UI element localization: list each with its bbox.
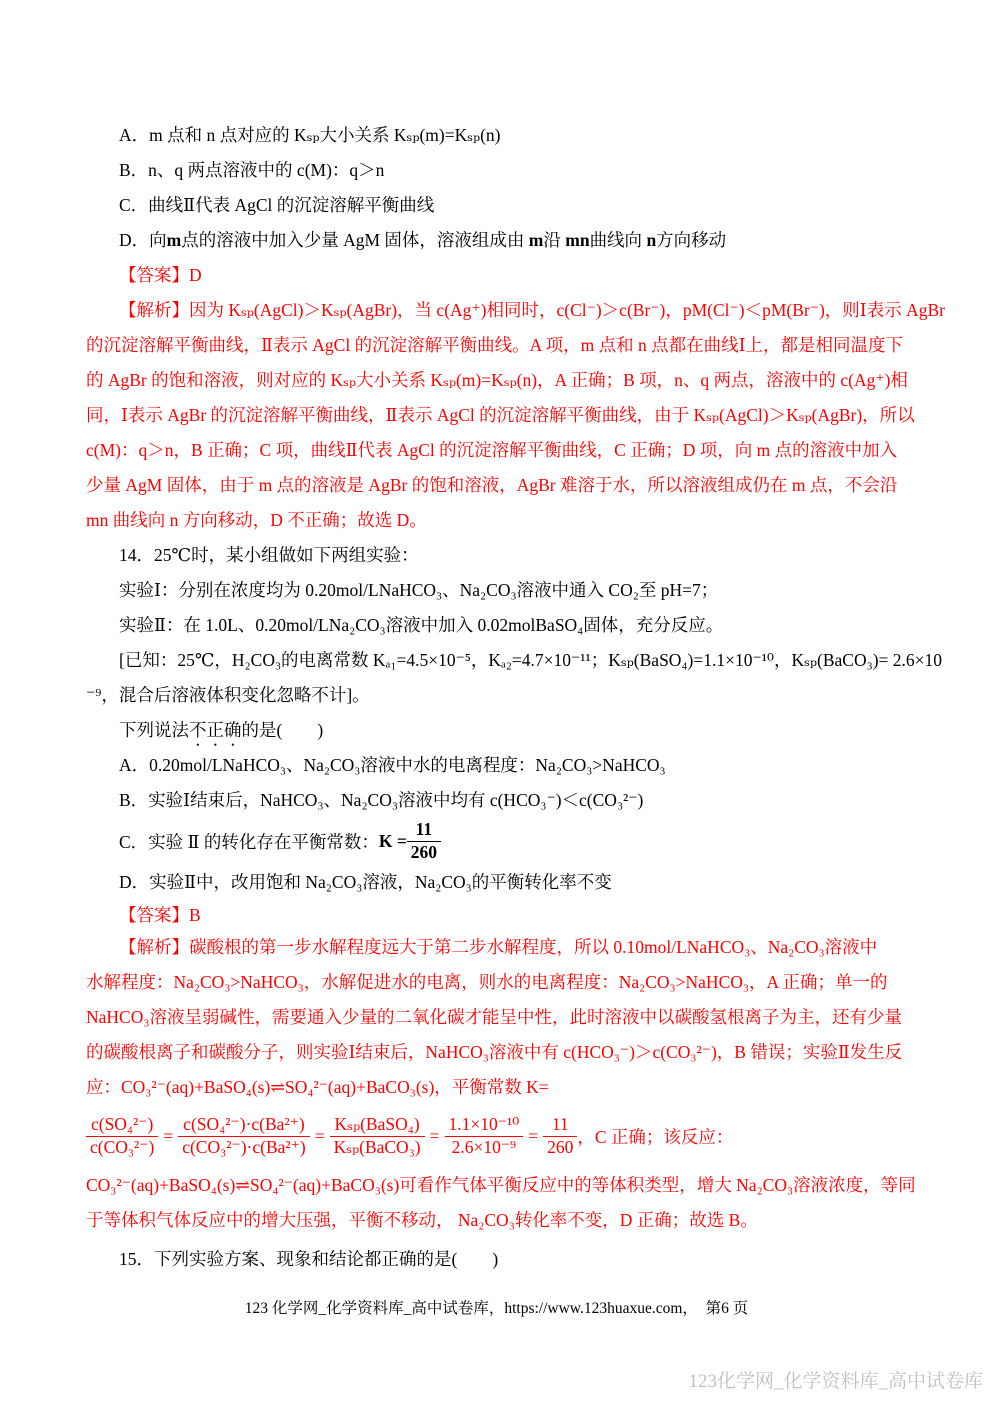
q14-question-line: 下列说法不正确的是( ) bbox=[86, 713, 908, 748]
fraction-denominator: 260 bbox=[543, 1137, 577, 1159]
q14-solution-line: 水解程度：Na₂CO₃>NaHCO₃，水解促进水的电离，则水的电离程度：Na₂C… bbox=[86, 965, 908, 1000]
q14-solution-line: 于等体积气体反应中的增大压强，平衡不移动， Na₂CO₃转化率不变，D 正确；故… bbox=[86, 1203, 908, 1238]
q14-known-data-line: [已知：25℃，H₂CO₃的电离常数 Kₐ₁=4.5×10⁻⁵，Kₐ₂=4.7×… bbox=[86, 643, 908, 678]
fraction-numerator: Kₛₚ(BaSO₄) bbox=[330, 1114, 425, 1137]
q14-experiment-1: 实验Ⅰ：分别在浓度均为 0.20mol/LNaHCO₃、Na₂CO₃溶液中通入 … bbox=[86, 573, 908, 608]
q13-option-a: A．m 点和 n 点对应的 Kₛₚ大小关系 Kₛₚ(m)=Kₛₚ(n) bbox=[86, 118, 908, 153]
fraction-denominator: c(CO₃²⁻)·c(Ba²⁺) bbox=[178, 1137, 310, 1159]
q14-option-b: B．实验Ⅰ结束后，NaHCO₃、Na₂CO₃溶液中均有 c(HCO₃⁻)＜c(C… bbox=[86, 783, 908, 818]
q13-option-d-bold-m2: m bbox=[529, 230, 544, 250]
equation-fraction-3: Kₛₚ(BaSO₄)Kₛₚ(BaCO₃) bbox=[330, 1114, 425, 1159]
fraction-numerator: c(SO₄²⁻)·c(Ba²⁺) bbox=[178, 1114, 310, 1137]
fraction-numerator: 11 bbox=[407, 819, 441, 842]
fraction-numerator: c(SO₄²⁻) bbox=[86, 1114, 158, 1137]
fraction-numerator: 11 bbox=[543, 1114, 577, 1137]
q14-option-d: D．实验Ⅱ中，改用饱和 Na₂CO₃溶液，Na₂CO₃的平衡转化率不变 bbox=[86, 865, 908, 900]
fraction-numerator: 1.1×10⁻¹⁰ bbox=[445, 1114, 524, 1137]
equals-sign: = bbox=[425, 1126, 445, 1147]
q14-experiment-2: 实验Ⅱ：在 1.0L、0.20mol/LNa₂CO₃溶液中加入 0.02molB… bbox=[86, 608, 908, 643]
q15-stem: 15．下列实验方案、现象和结论都正确的是( ) bbox=[86, 1242, 908, 1277]
q13-answer: 【答案】D bbox=[86, 258, 908, 293]
q13-option-d-text: 方向移动 bbox=[656, 230, 726, 250]
q14-question-post: 的是( ) bbox=[242, 720, 324, 740]
q13-option-d-bold-m1: m bbox=[167, 230, 182, 250]
q13-option-d: D．向m点的溶液中加入少量 AgM 固体，溶液组成由 m沿 mn曲线向 n方向移… bbox=[86, 223, 908, 258]
exam-document-page: A．m 点和 n 点对应的 Kₛₚ大小关系 Kₛₚ(m)=Kₛₚ(n) B．n、… bbox=[0, 0, 993, 1404]
q14-option-c: C．实验 Ⅱ 的转化存在平衡常数： K = 11260 bbox=[86, 818, 908, 865]
q13-option-b: B．n、q 两点溶液中的 c(M)：q＞n bbox=[86, 153, 908, 188]
fraction-denominator: c(CO₃²⁻) bbox=[86, 1137, 158, 1159]
q13-solution-line: c(M)：q＞n，B 正确；C 项，曲线Ⅱ代表 AgCl 的沉淀溶解平衡曲线，C… bbox=[86, 433, 908, 468]
q14-equilibrium-equation: c(SO₄²⁻)c(CO₃²⁻) = c(SO₄²⁻)·c(Ba²⁺)c(CO₃… bbox=[86, 1105, 908, 1168]
q14-option-c-text: C．实验 Ⅱ 的转化存在平衡常数： bbox=[119, 829, 379, 854]
q13-option-d-text: 点的溶液中加入少量 AgM 固体，溶液组成由 bbox=[181, 230, 529, 250]
q14-solution-line: NaHCO₃溶液呈弱碱性，需要通入少量的二氧化碳才能呈中性，此时溶液中以碳酸氢根… bbox=[86, 1000, 908, 1035]
equation-tail-text: ，C 正确；该反应： bbox=[577, 1124, 733, 1149]
q13-solution-line: 【解析】因为 Kₛₚ(AgCl)＞Kₛₚ(AgBr)，当 c(Ag⁺)相同时，c… bbox=[86, 293, 908, 328]
page-footer: 123 化学网_化学资料库_高中试卷库，https://www.123huaxu… bbox=[0, 1296, 993, 1318]
q14-stem: 14．25℃时，某小组做如下两组实验： bbox=[86, 538, 908, 573]
q14-solution-line: 应：CO₃²⁻(aq)+BaSO₄(s)⇌SO₄²⁻(aq)+BaCO₃(s)，… bbox=[86, 1070, 908, 1105]
equals-sign: = bbox=[523, 1126, 543, 1147]
q14-solution-line: 【解析】碳酸根的第一步水解程度远大于第二步水解程度，所以 0.10mol/LNa… bbox=[86, 930, 908, 965]
fraction-denominator: Kₛₚ(BaCO₃) bbox=[330, 1137, 425, 1159]
equation-fraction-5: 11260 bbox=[543, 1114, 577, 1159]
site-watermark: 123化学网_化学资料库_高中试卷库 bbox=[688, 1366, 983, 1393]
q14-option-c-k-label: K = bbox=[379, 831, 407, 852]
q13-option-d-bold-n: n bbox=[646, 230, 656, 250]
q13-option-c: C．曲线Ⅱ代表 AgCl 的沉淀溶解平衡曲线 bbox=[86, 188, 908, 223]
q14-solution-line: CO₃²⁻(aq)+BaSO₄(s)⇌SO₄²⁻(aq)+BaCO₃(s)可看作… bbox=[86, 1168, 908, 1203]
equals-sign: = bbox=[310, 1126, 330, 1147]
q14-question-emphasis: 不正确 bbox=[189, 720, 242, 740]
q14-solution-line: 的碳酸根离子和碳酸分子，则实验Ⅰ结束后，NaHCO₃溶液中有 c(HCO₃⁻)＞… bbox=[86, 1035, 908, 1070]
q14-answer: 【答案】B bbox=[86, 900, 908, 930]
page-content: A．m 点和 n 点对应的 Kₛₚ大小关系 Kₛₚ(m)=Kₛₚ(n) B．n、… bbox=[86, 118, 908, 1277]
q14-option-c-fraction: 11260 bbox=[407, 819, 441, 864]
q13-solution-line: 的 AgBr 的饱和溶液，则对应的 Kₛₚ大小关系 Kₛₚ(m)=Kₛₚ(n)，… bbox=[86, 363, 908, 398]
q13-solution-line: 同，Ⅰ表示 AgBr 的沉淀溶解平衡曲线，Ⅱ表示 AgCl 的沉淀溶解平衡曲线，… bbox=[86, 398, 908, 433]
fraction-denominator: 260 bbox=[407, 842, 441, 864]
fraction-denominator: 2.6×10⁻⁹ bbox=[445, 1137, 524, 1159]
equation-fraction-2: c(SO₄²⁻)·c(Ba²⁺)c(CO₃²⁻)·c(Ba²⁺) bbox=[178, 1114, 310, 1159]
q14-known-data-line: ⁻⁹，混合后溶液体积变化忽略不计]。 bbox=[86, 678, 908, 713]
q13-solution-line: 的沉淀溶解平衡曲线，Ⅱ表示 AgCl 的沉淀溶解平衡曲线。A 项，m 点和 n … bbox=[86, 328, 908, 363]
q13-option-d-text: D．向 bbox=[119, 230, 167, 250]
q13-solution-line: 少量 AgM 固体，由于 m 点的溶液是 AgBr 的饱和溶液，AgBr 难溶于… bbox=[86, 468, 908, 503]
equals-sign: = bbox=[158, 1126, 178, 1147]
q13-solution-line: mn 曲线向 n 方向移动，D 不正确；故选 D。 bbox=[86, 503, 908, 538]
equation-fraction-4: 1.1×10⁻¹⁰2.6×10⁻⁹ bbox=[445, 1114, 524, 1159]
q14-option-a: A．0.20mol/LNaHCO₃、Na₂CO₃溶液中水的电离程度：Na₂CO₃… bbox=[86, 748, 908, 783]
q14-question-pre: 下列说法 bbox=[119, 720, 189, 740]
q13-option-d-text: 曲线向 bbox=[590, 230, 647, 250]
q13-option-d-bold-mn: mn bbox=[565, 230, 589, 250]
equation-fraction-1: c(SO₄²⁻)c(CO₃²⁻) bbox=[86, 1114, 158, 1159]
q13-option-d-text: 沿 bbox=[543, 230, 565, 250]
